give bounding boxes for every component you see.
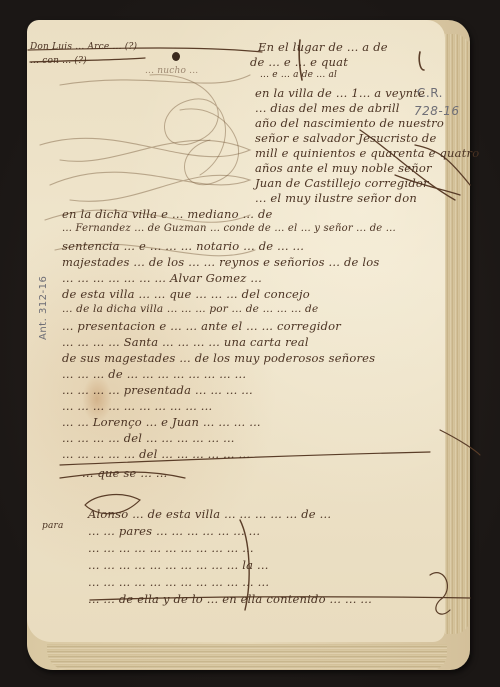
body-line: ... de la dicha villa ... ... ... por ..… <box>62 303 318 315</box>
body-line: ... el muy ilustre señor don <box>255 191 417 205</box>
body-line: ... Fernandez ... de Guzman ... conde de… <box>62 223 396 234</box>
header-note-line-2: ... con ... (?) <box>30 56 87 66</box>
body-line: ... ... ... ... del ... ... ... ... ... … <box>62 431 235 445</box>
body-line: sentencia ... e ... ... ... notario ... … <box>62 239 304 253</box>
header-note-line-1: Don Luis ... Arce ... (?) <box>30 42 137 52</box>
body-line: ... ... ... ... presentada ... ... ... .… <box>62 383 253 397</box>
lower-line: ... ... ... ... ... ... ... ... ... ... … <box>88 575 269 589</box>
body-line: en la dicha villa e ... mediano ... de <box>62 207 273 221</box>
body-line: ... ... Lorenço ... e Juan ... ... ... .… <box>62 415 261 429</box>
lower-line: ... ... pares ... ... ... ... ... ... ..… <box>88 524 260 538</box>
body-line: ... ... ... ... ... del ... ... ... ... … <box>62 447 250 461</box>
lower-line: ... ... ... ... ... ... ... ... ... ... … <box>88 541 254 555</box>
body-line: ... que se ... ... <box>82 466 167 480</box>
body-line: majestades ... de los ... ... reynos e s… <box>62 255 379 269</box>
body-line: año del nascimiento de nuestro <box>255 116 444 130</box>
body-line: ... ... ... ... Santa ... ... ... ... un… <box>62 335 309 349</box>
lower-line: ... ... ... ... ... ... ... ... ... ... … <box>88 558 269 572</box>
body-line: ... ... ... ... ... ... ... ... ... ... <box>62 399 212 413</box>
page-edges-right <box>444 34 470 634</box>
heading-line-3: ... e ... a de ... al <box>260 70 337 80</box>
page-edges-bottom <box>47 644 447 670</box>
manuscript-scan: Don Luis ... Arce ... (?) ... con ... (?… <box>0 0 500 687</box>
crossed-heading: ... nucho ... <box>145 66 198 76</box>
margin-vertical-note: Ant. 312-16 <box>38 276 49 340</box>
lower-line: Alonso ... de esta villa ... ... ... ...… <box>88 507 331 521</box>
body-line: Juan de Castillejo corregidor <box>255 176 429 190</box>
body-line: ... ... ... de ... ... ... ... ... ... .… <box>62 367 246 381</box>
lower-line: ... ... de ella y de lo ... en ella cont… <box>88 592 372 606</box>
body-line: en la villa de ... 1... a veynte <box>255 86 425 100</box>
heading-line-1: En el lugar de ... a de <box>258 40 388 54</box>
body-line: señor e salvador Jesucristo de <box>255 131 437 145</box>
heading-line-2: de ... e ... e quat <box>250 55 348 69</box>
body-line: años ante el muy noble señor <box>255 161 432 175</box>
body-line: de sus magestades ... de los muy poderos… <box>62 351 375 365</box>
body-line: ... presentacion e ... ... ante el ... .… <box>62 319 341 333</box>
margin-label: para <box>42 521 64 531</box>
body-line: mill e quinientos e quarenta e quatro <box>255 146 479 160</box>
worm-hole <box>172 52 180 61</box>
body-line: de esta villa ... ... que ... ... ... de… <box>62 287 310 301</box>
body-line: ... ... ... ... ... ... ... Alvar Gomez … <box>62 271 262 285</box>
body-line: ... dias del mes de abrill <box>255 101 400 115</box>
